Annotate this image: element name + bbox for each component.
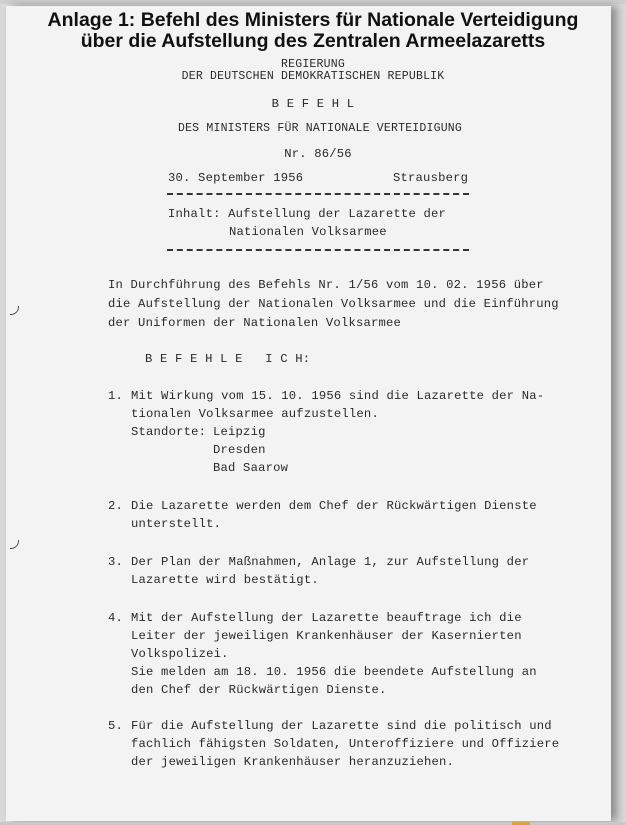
order-date: 30. September 1956 xyxy=(168,169,303,187)
annex-heading: Anlage 1: Befehl des Ministers für Natio… xyxy=(0,10,626,52)
item-3-line1: Der Plan der Maßnahmen, Anlage 1, zur Au… xyxy=(131,553,529,571)
divider-top xyxy=(167,193,469,195)
item-3-line2: Lazarette wird bestätigt. xyxy=(131,571,319,589)
item-4-line4: Sie melden am 18. 10. 1956 die beendete … xyxy=(131,663,537,681)
authority-line2: DER DEUTSCHEN DEMOKRATISCHEN REPUBLIK xyxy=(0,70,626,83)
order-place: Strausberg xyxy=(393,169,468,187)
annex-heading-line1: Anlage 1: Befehl des Ministers für Natio… xyxy=(0,10,626,31)
order-number: Nr. 86/56 xyxy=(0,145,626,163)
top-border xyxy=(0,0,626,4)
item-4-line3: Volkspolizei. xyxy=(131,645,229,663)
item-1-line2: tionalen Volksarmee aufzustellen. xyxy=(131,405,379,423)
item-5-line2: fachlich fähigsten Soldaten, Unteroffizi… xyxy=(131,735,559,753)
item-4-line5: den Chef der Rückwärtigen Dienste. xyxy=(131,681,386,699)
locations-label: Standorte: xyxy=(131,423,206,441)
preamble-line2: die Aufstellung der Nationalen Volksarme… xyxy=(108,295,559,313)
doc-type: B E F E H L xyxy=(0,95,626,113)
item-2-line1: Die Lazarette werden dem Chef der Rückwä… xyxy=(131,497,537,515)
location-1: Leipzig xyxy=(213,423,266,441)
item-4-line2: Leiter der jeweiligen Krankenhäuser der … xyxy=(131,627,522,645)
subject-line1: Inhalt: Aufstellung der Lazarette der xyxy=(168,205,446,223)
item-5-line1: Für die Aufstellung der Lazarette sind d… xyxy=(131,717,552,735)
item-4-number: 4. xyxy=(108,609,123,627)
divider-bottom xyxy=(167,249,469,251)
annex-heading-line2: über die Aufstellung des Zentralen Armee… xyxy=(0,31,626,52)
preamble-line1: In Durchführung des Befehls Nr. 1/56 vom… xyxy=(108,276,544,294)
location-2: Dresden xyxy=(213,441,266,459)
issuer: DES MINISTERS FÜR NATIONALE VERTEIDIGUNG xyxy=(0,120,626,138)
subject-line2: Nationalen Volksarmee xyxy=(229,223,387,241)
item-2-line2: unterstellt. xyxy=(131,515,221,533)
item-1-line1: Mit Wirkung vom 15. 10. 1956 sind die La… xyxy=(131,387,544,405)
item-2-number: 2. xyxy=(108,497,123,515)
item-1-number: 1. xyxy=(108,387,123,405)
preamble-line3: der Uniformen der Nationalen Volksarmee xyxy=(108,314,401,332)
item-4-line1: Mit der Aufstellung der Lazarette beauft… xyxy=(131,609,522,627)
item-5-number: 5. xyxy=(108,717,123,735)
location-3: Bad Saarow xyxy=(213,459,288,477)
item-5-line3: der jeweiligen Krankenhäuser heranzuzieh… xyxy=(131,753,454,771)
item-3-number: 3. xyxy=(108,553,123,571)
command-phrase: B E F E H L E I C H: xyxy=(145,350,310,368)
